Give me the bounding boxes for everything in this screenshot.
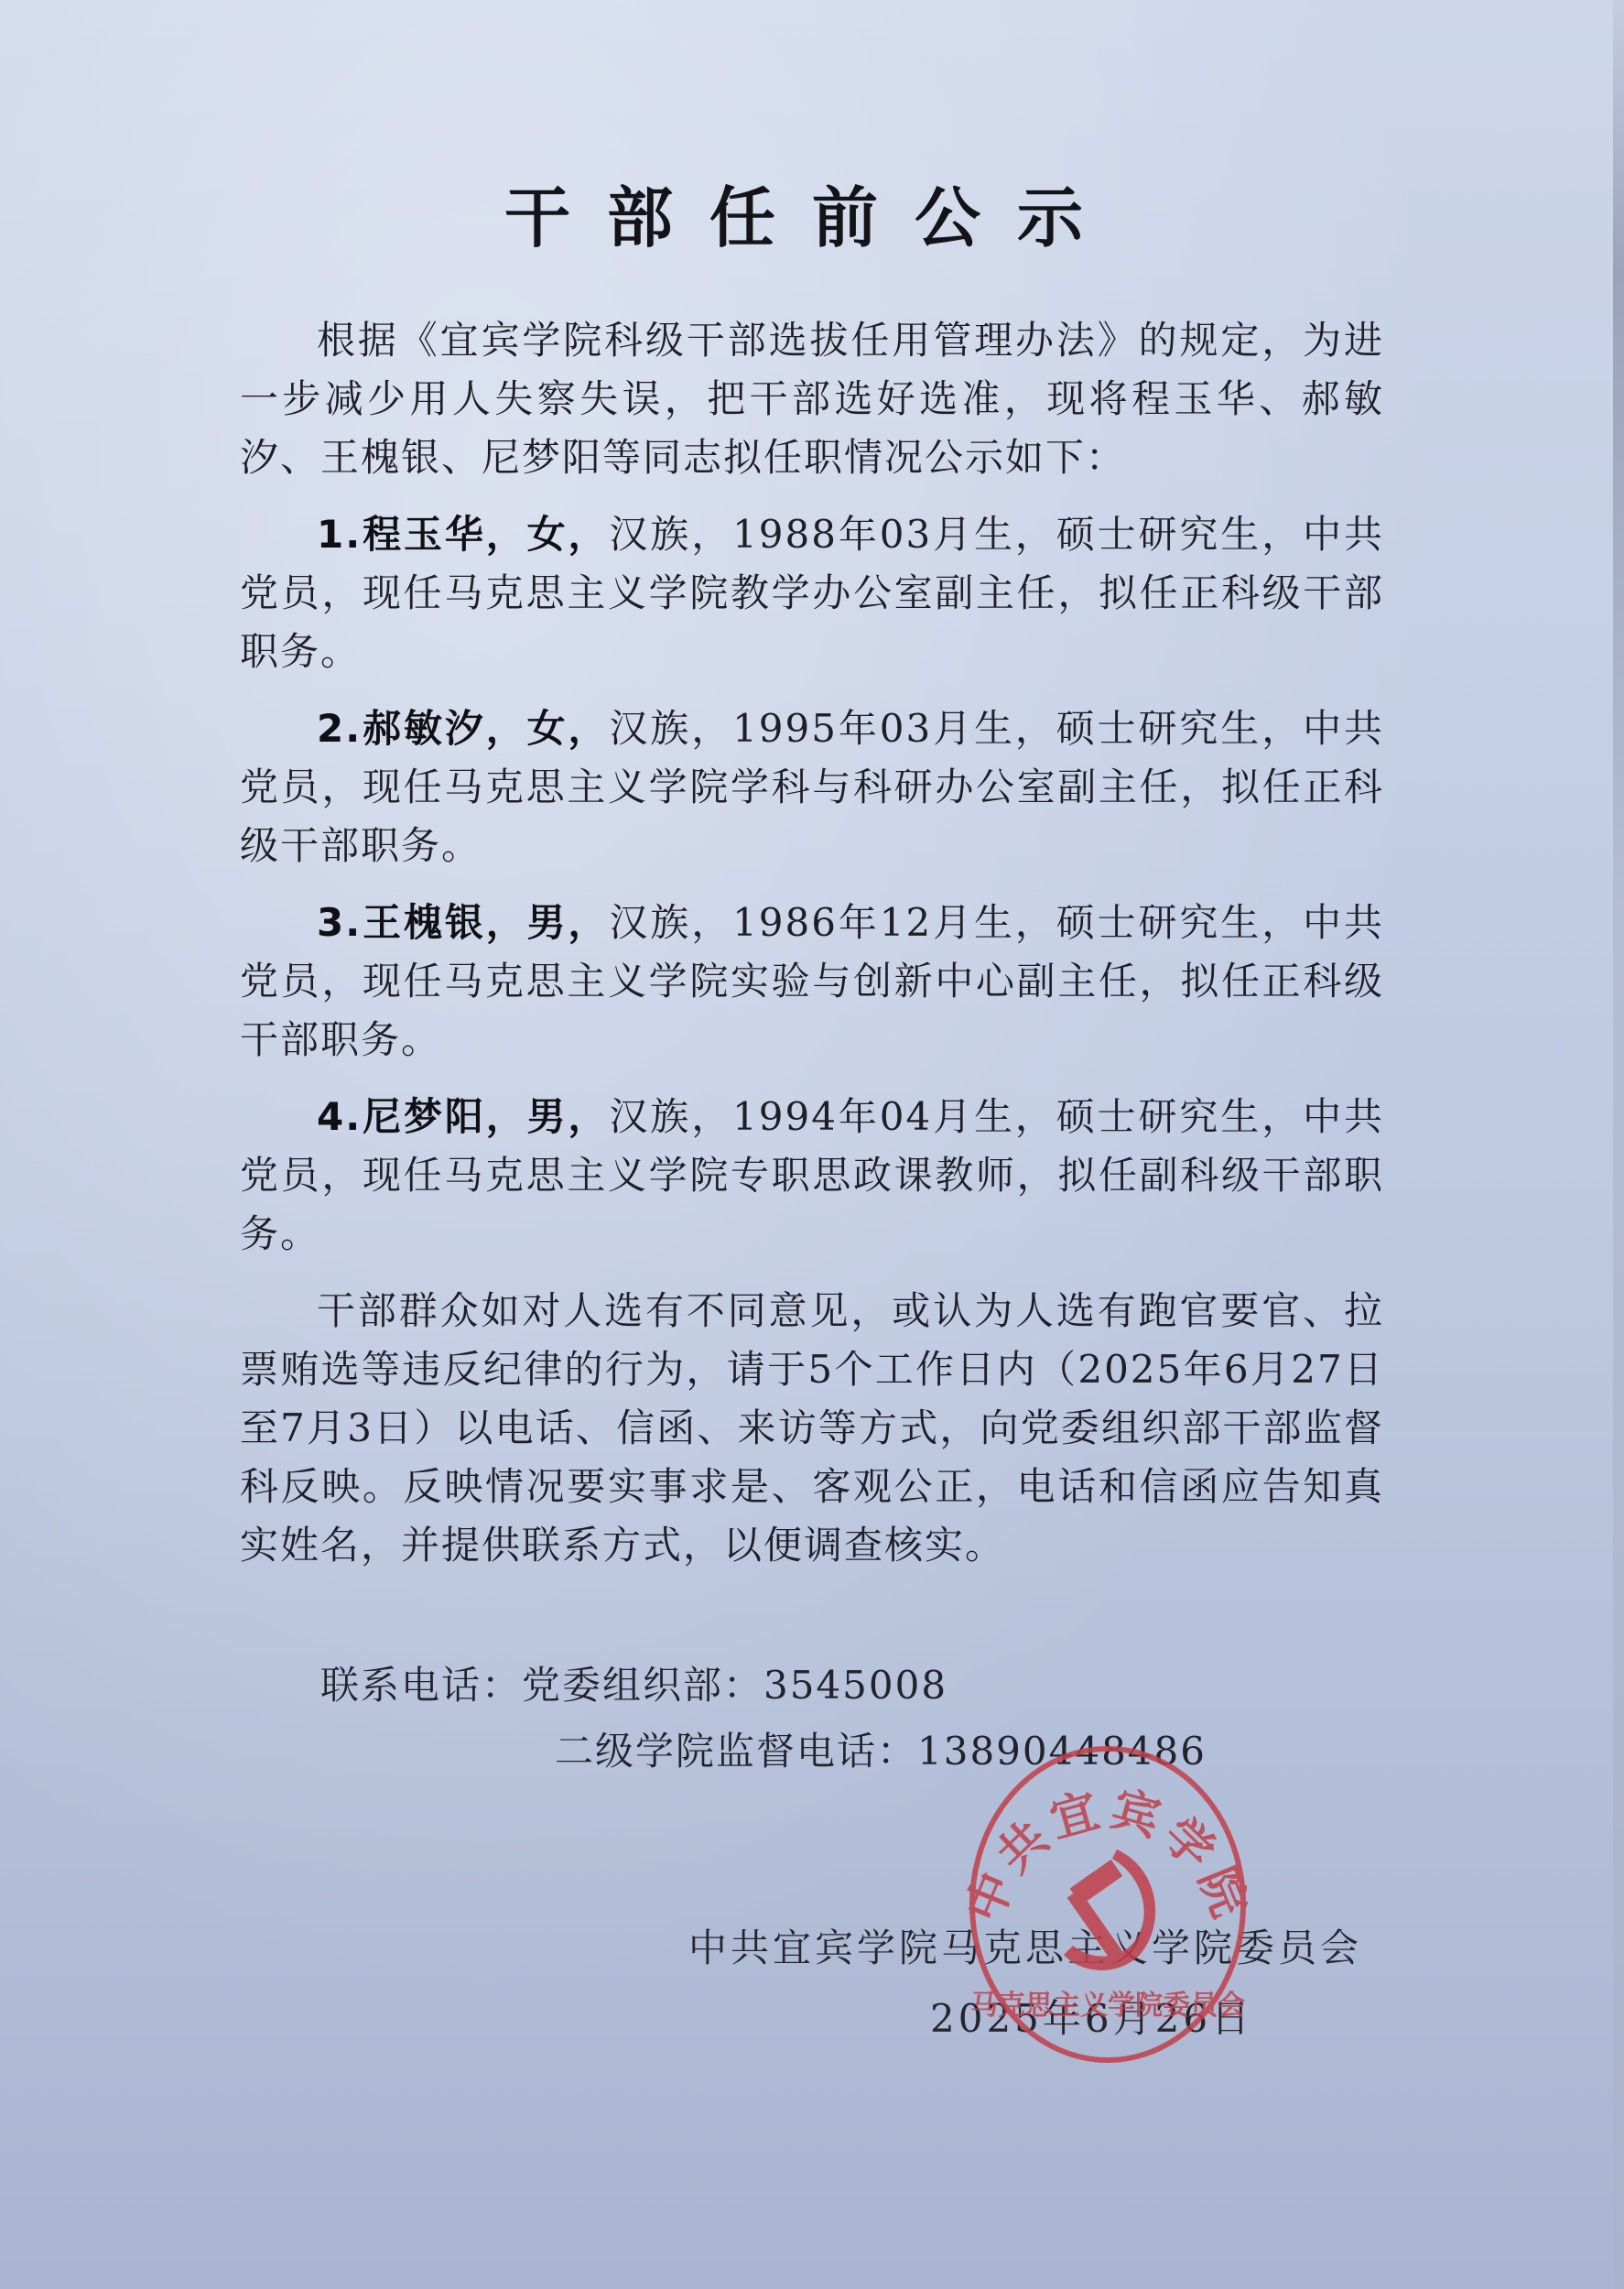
candidate-gender: 女，	[527, 512, 610, 557]
hammer-sickle-icon	[1064, 1850, 1155, 1970]
candidate-name: 王槐银，	[362, 900, 526, 945]
contact-label: 二级学院监督电话：	[555, 1729, 917, 1774]
candidate-name: 程玉华，	[362, 512, 526, 557]
candidate-index: 1.	[317, 512, 362, 557]
candidate-gender: 女，	[527, 706, 610, 751]
document-title: 干部任前公示	[0, 165, 1624, 260]
candidate-gender: 男，	[527, 1094, 610, 1139]
candidate-item: 1.程玉华，女，汉族，1988年03月生，硕士研究生，中共党员，现任马克思主义学…	[240, 505, 1384, 681]
candidate-index: 4.	[317, 1094, 362, 1139]
candidate-item: 4.尼梦阳，男，汉族，1994年04月生，硕士研究生，中共党员，现任马克思主义学…	[240, 1088, 1384, 1264]
seal-inner-text: 马克思主义学院委员会	[970, 1990, 1245, 2022]
candidate-gender: 男，	[527, 900, 610, 945]
contact-label: 联系电话：党委组织部：	[320, 1663, 763, 1708]
candidate-item: 2.郝敏汐，女，汉族，1995年03月生，硕士研究生，中共党员，现任马克思主义学…	[240, 700, 1384, 875]
contact-line-1: 联系电话：党委组织部：3545008	[320, 1655, 947, 1710]
document-body: 根据《宜宾学院科级干部选拔任用管理办法》的规定，为进一步减少用人失察失误，把干部…	[240, 311, 1384, 1575]
intro-paragraph: 根据《宜宾学院科级干部选拔任用管理办法》的规定，为进一步减少用人失察失误，把干部…	[240, 311, 1384, 487]
paper-edge	[1613, 0, 1624, 2289]
candidate-name: 郝敏汐，	[362, 706, 526, 751]
candidate-index: 3.	[317, 900, 362, 945]
feedback-paragraph: 干部群众如对人选有不同意见，或认为人选有跑官要官、拉票贿选等违反纪律的行为，请于…	[240, 1282, 1384, 1575]
contact-phone: 3545008	[763, 1663, 947, 1708]
candidate-name: 尼梦阳，	[362, 1094, 526, 1139]
candidate-item: 3.王槐银，男，汉族，1986年12月生，硕士研究生，中共党员，现任马克思主义学…	[240, 894, 1384, 1069]
candidate-index: 2.	[317, 706, 362, 751]
official-seal-icon: 中共宜宾学院 马克思主义学院委员会	[961, 1740, 1254, 2069]
